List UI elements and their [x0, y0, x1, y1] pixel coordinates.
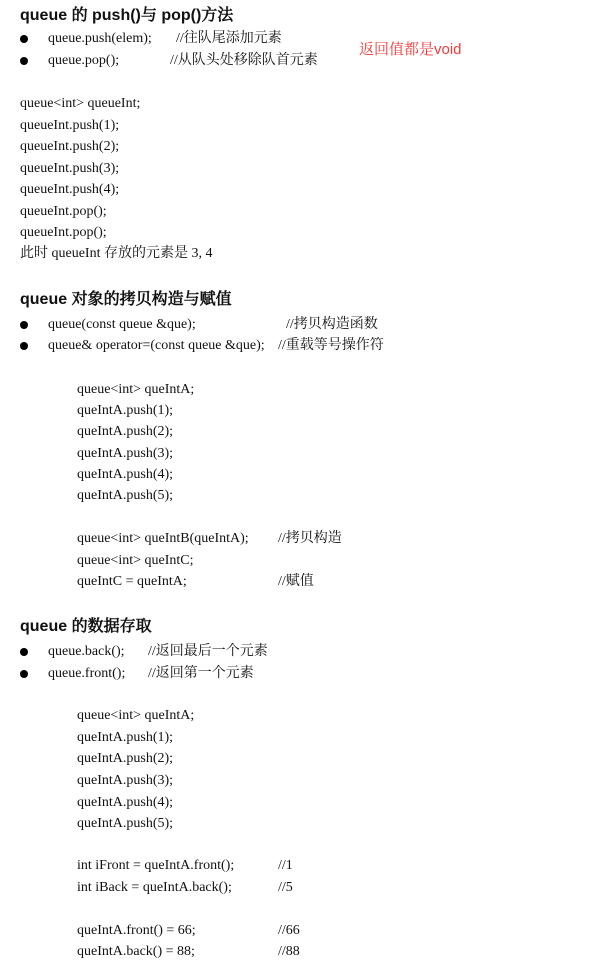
- bullet-comment: //往队尾添加元素: [176, 31, 282, 47]
- code-line: queIntA.push(3);: [77, 773, 173, 789]
- bullet-icon: [20, 321, 28, 329]
- code-comment: //66: [278, 923, 300, 939]
- code-line: queIntC = queIntA;: [77, 574, 187, 590]
- code-line: queueInt.push(1);: [20, 118, 119, 134]
- code-line: queueInt.push(4);: [20, 182, 119, 198]
- bullet-comment: //重载等号操作符: [278, 338, 384, 354]
- section-heading-data-access: queue 的数据存取: [20, 613, 152, 636]
- bullet-code: queue& operator=(const queue &que);: [48, 338, 265, 354]
- bullet-code: queue.back();: [48, 644, 125, 660]
- bullet-icon: [20, 670, 28, 678]
- code-comment: //5: [278, 880, 293, 896]
- code-line: queueInt.pop();: [20, 225, 107, 241]
- code-line: queueInt.pop();: [20, 204, 107, 220]
- bullet-icon: [20, 342, 28, 350]
- code-line: queueInt.push(2);: [20, 139, 119, 155]
- code-line: queIntA.push(3);: [77, 446, 173, 462]
- code-line: queIntA.push(4);: [77, 795, 173, 811]
- code-line: queIntA.push(1);: [77, 730, 173, 746]
- code-comment: //赋值: [278, 574, 314, 590]
- bullet-comment: //返回最后一个元素: [148, 644, 268, 660]
- bullet-comment: //从队头处移除队首元素: [170, 53, 318, 69]
- code-line: queIntA.push(2);: [77, 424, 173, 440]
- code-line: queIntA.push(4);: [77, 467, 173, 483]
- code-line: queIntA.front() = 66;: [77, 923, 196, 939]
- code-line: queIntA.push(1);: [77, 403, 173, 419]
- bullet-icon: [20, 35, 28, 43]
- section-heading-copy-assign: queue 对象的拷贝构造与赋值: [20, 286, 232, 309]
- code-comment: //88: [278, 944, 300, 960]
- code-line: queIntA.back() = 88;: [77, 944, 195, 960]
- code-line: queIntA.push(5);: [77, 816, 173, 832]
- bullet-code: queue.push(elem);: [48, 31, 152, 47]
- section-heading-push-pop: queue 的 push()与 pop()方法: [20, 2, 233, 25]
- code-line: queue<int> queIntB(queIntA);: [77, 531, 249, 547]
- code-line: queIntA.push(5);: [77, 488, 173, 504]
- code-line: queueInt.push(3);: [20, 161, 119, 177]
- code-line: int iBack = queIntA.back();: [77, 880, 232, 896]
- bullet-icon: [20, 57, 28, 65]
- bullet-code: queue.pop();: [48, 53, 119, 69]
- code-line: int iFront = queIntA.front();: [77, 858, 234, 874]
- return-void-note: 返回值都是void: [359, 38, 462, 59]
- bullet-comment: //拷贝构造函数: [286, 317, 378, 333]
- code-comment: //1: [278, 858, 293, 874]
- code-line: queue<int> queueInt;: [20, 96, 140, 112]
- bullet-comment: //返回第一个元素: [148, 666, 254, 682]
- code-line: queIntA.push(2);: [77, 751, 173, 767]
- code-comment: //拷贝构造: [278, 531, 342, 547]
- code-line: queue<int> queIntA;: [77, 382, 194, 398]
- code-line: queue<int> queIntA;: [77, 708, 194, 724]
- bullet-code: queue(const queue &que);: [48, 317, 196, 333]
- bullet-code: queue.front();: [48, 666, 125, 682]
- code-line: queue<int> queIntC;: [77, 553, 194, 569]
- bullet-icon: [20, 648, 28, 656]
- code-line: 此时 queueInt 存放的元素是 3, 4: [20, 246, 212, 262]
